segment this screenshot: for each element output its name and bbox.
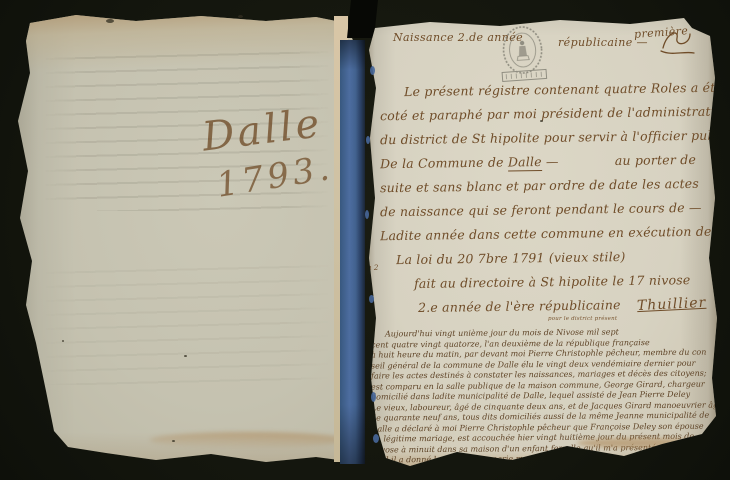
blue-ink-smudge xyxy=(370,66,375,75)
act-line: domicilié dans ladite municipalité de Da… xyxy=(371,389,719,401)
bleedthrough-text-ghost-lower xyxy=(44,265,330,385)
act-line: de quarante neuf ans, tous dits domicili… xyxy=(371,410,719,422)
register-closing-line: fait au directoire à St hipolite le 17 n… xyxy=(380,271,730,291)
act-line: à huit heure du matin, par devant moi Pi… xyxy=(371,347,719,359)
act-line: quel il a donné le prénom de marie margu… xyxy=(371,452,719,464)
signature-sub-note: pour le district présent xyxy=(548,316,617,322)
binding-blue-strip xyxy=(340,40,365,464)
register-line: Le présent régistre contenant quatre Rol… xyxy=(380,80,730,100)
commune-line-dash: — xyxy=(546,154,559,169)
binding-top-notch xyxy=(347,0,378,38)
seal-stamp-icon xyxy=(493,23,553,89)
blue-ink-smudge xyxy=(369,295,374,303)
act-line: faire les actes destinés à constater les… xyxy=(371,368,719,380)
act-line: Aujourd'hui vingt unième jour du mois de… xyxy=(371,326,730,338)
commune-name: Dalle xyxy=(508,154,542,171)
paper-stain xyxy=(577,438,702,448)
paper-stain xyxy=(150,432,346,448)
register-line: Ladite année dans cette commune en exécu… xyxy=(380,224,706,244)
signature-flourish-icon xyxy=(660,28,696,56)
closing-year-text: 2.e année de l'ère républicaine xyxy=(418,297,621,315)
left-page: Dalle 1793. xyxy=(16,13,354,462)
register-line: suite et sans blanc et par ordre de date… xyxy=(380,176,706,196)
register-line: du district de St hipolite pour servir à… xyxy=(380,128,706,148)
register-line: de naissance qui se feront pendant le co… xyxy=(380,200,706,220)
register-line: coté et paraphé par moi président de l'a… xyxy=(380,104,706,124)
paper-speck xyxy=(184,355,187,357)
blue-ink-smudge xyxy=(365,210,369,219)
register-line: La loi du 20 7bre 1791 (vieux stile) xyxy=(380,248,722,268)
paper-speck xyxy=(238,15,243,18)
act-line: Nivose à minuit dans sa maison d'un enfa… xyxy=(371,442,719,454)
margin-year-note: an 2 xyxy=(363,264,378,272)
commune-line-prefix: De la Commune de xyxy=(380,155,504,172)
paper-speck xyxy=(172,440,175,442)
scanned-register-spread: Dalle 1793. Naissance 2.de année républi… xyxy=(0,0,730,480)
blue-ink-smudge xyxy=(371,392,376,402)
register-closing-line: 2.e année de l'ère républicaine Thuillie… xyxy=(380,295,730,316)
right-page: Naissance 2.de année républicaine — prem… xyxy=(362,14,722,472)
blue-ink-smudge xyxy=(366,136,370,144)
paper-speck xyxy=(62,340,64,342)
blue-ink-smudge xyxy=(373,434,379,443)
commune-line-suffix: au porter de xyxy=(615,152,696,168)
paper-speck xyxy=(106,19,114,23)
president-signature: Thuillier xyxy=(637,295,707,314)
register-line-commune: De la Commune de Dalle — au porter de xyxy=(380,152,706,172)
paper-speck xyxy=(540,120,543,122)
